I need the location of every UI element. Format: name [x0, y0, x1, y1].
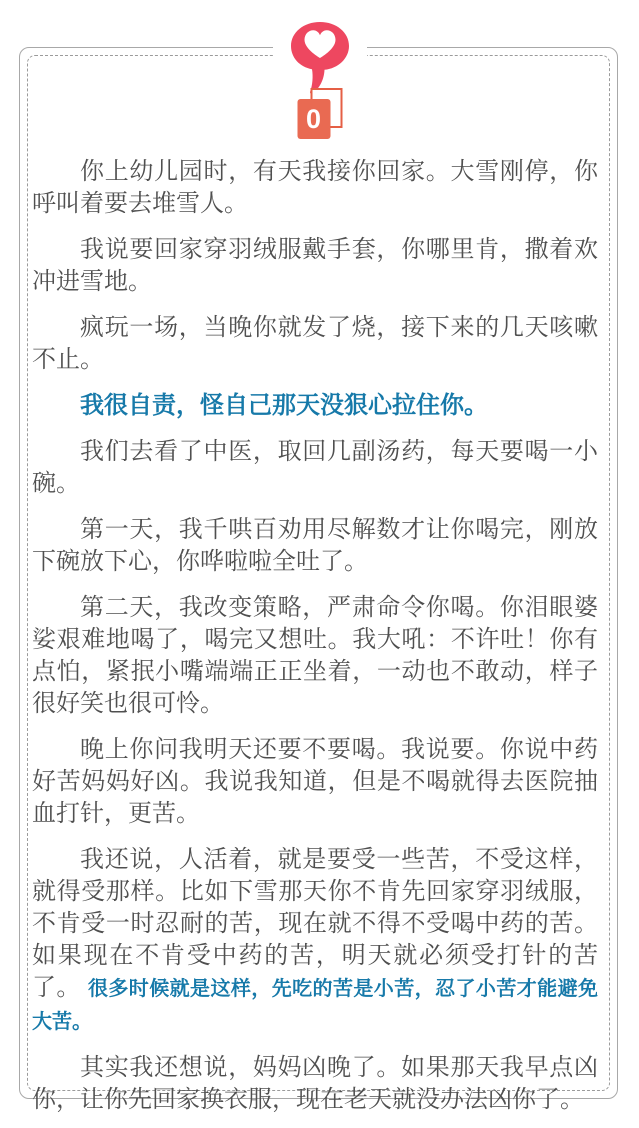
zero-badge: 0	[297, 88, 342, 139]
zero-badge-value: 0	[306, 104, 321, 135]
article-body: 你上幼儿园时，有天我接你回家。大雪刚停，你呼叫着要去堆雪人。 我说要回家穿羽绒服…	[32, 156, 598, 1128]
article-paragraph: 疯玩一场，当晚你就发了烧，接下来的几天咳嗽不止。	[32, 312, 598, 376]
article-paragraph-mixed: 我还说，人活着，就是要受一些苦，不受这样，就得受那样。比如下雪那天你不肯先回家穿…	[32, 844, 598, 1038]
paragraph-highlight-text: 很多时候就是这样，先吃的苦是小苦，忍了小苦才能避免大苦。	[32, 978, 598, 1033]
badge-filled-square: 0	[297, 99, 330, 139]
article-paragraph: 我们去看了中医，取回几副汤药，每天要喝一小碗。	[32, 436, 598, 500]
article-paragraph: 你上幼儿园时，有天我接你回家。大雪刚停，你呼叫着要去堆雪人。	[32, 156, 598, 220]
article-paragraph: 晚上你问我明天还要不要喝。我说要。你说中药好苦妈妈好凶。我说我知道，但是不喝就得…	[32, 734, 598, 830]
article-paragraph: 我说要回家穿羽绒服戴手套，你哪里肯，撒着欢冲进雪地。	[32, 234, 598, 298]
article-paragraph: 第二天，我改变策略，严肃命令你喝。你泪眼婆娑艰难地喝了，喝完又想吐。我大吼：不许…	[32, 592, 598, 720]
article-highlight-paragraph: 我很自责，怪自己那天没狠心拉住你。	[32, 390, 598, 422]
article-paragraph: 第一天，我千哄百劝用尽解数才让你喝完，刚放下碗放下心，你哗啦啦全吐了。	[32, 514, 598, 578]
heart-bubble-svg	[289, 22, 351, 98]
article-paragraph: 其实我还想说，妈妈凶晚了。如果那天我早点凶你，让你先回家换衣服，现在老天就没办法…	[32, 1052, 598, 1116]
